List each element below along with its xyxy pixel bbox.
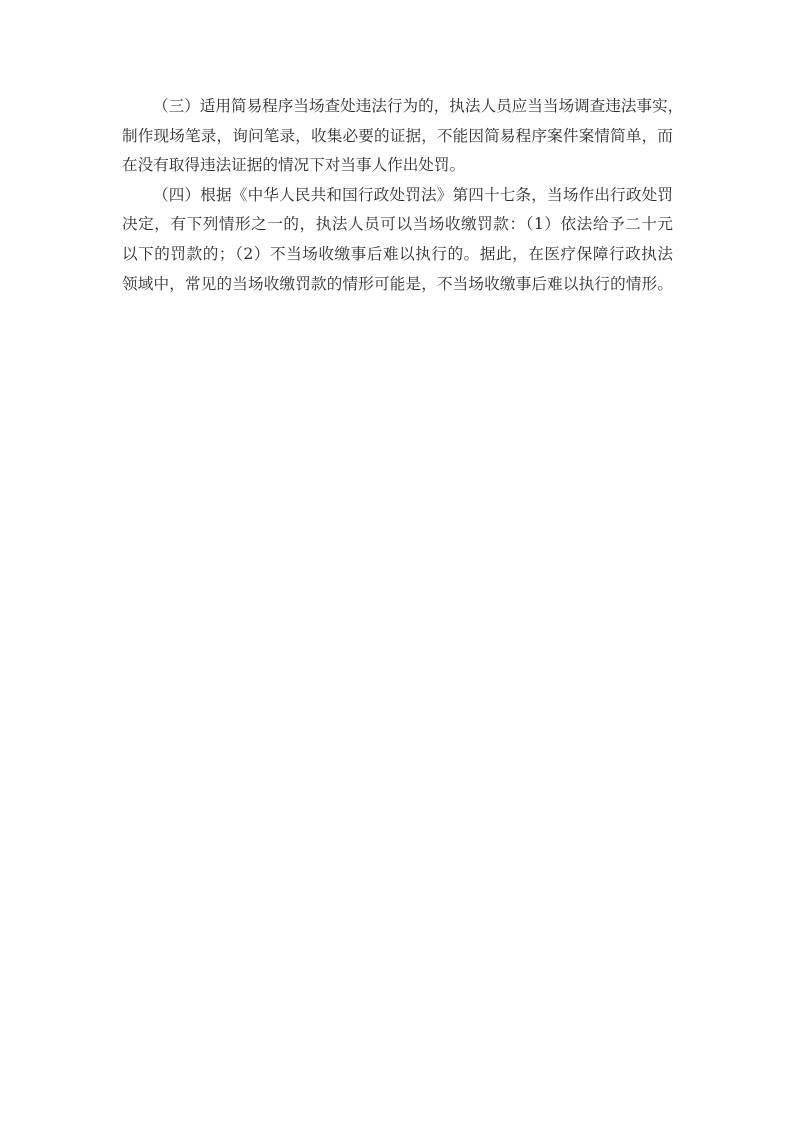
paragraph-line: 领域中，常见的当场收缴罚款的情形可能是，不当场收缴事后难以执行的情形。 — [122, 270, 673, 300]
document-body: （三）适用简易程序当场查处违法行为的，执法人员应当当场调查违法事实， 制作现场笔… — [122, 92, 673, 299]
paragraph-line: 制作现场笔录，询问笔录，收集必要的证据，不能因简易程序案件案情简单，而 — [122, 122, 673, 152]
paragraph-line: （四）根据《中华人民共和国行政处罚法》第四十七条，当场作出行政处罚 — [122, 181, 673, 211]
paragraph-line: （三）适用简易程序当场查处违法行为的，执法人员应当当场调查违法事实， — [122, 92, 673, 122]
paragraph-item-3: （三）适用简易程序当场查处违法行为的，执法人员应当当场调查违法事实， 制作现场笔… — [122, 92, 673, 181]
paragraph-line: 以下的罚款的；（2）不当场收缴事后难以执行的。据此，在医疗保障行政执法 — [122, 240, 673, 270]
paragraph-item-4: （四）根据《中华人民共和国行政处罚法》第四十七条，当场作出行政处罚 决定，有下列… — [122, 181, 673, 299]
document-page: （三）适用简易程序当场查处违法行为的，执法人员应当当场调查违法事实， 制作现场笔… — [0, 0, 793, 1122]
paragraph-line: 在没有取得违法证据的情况下对当事人作出处罚。 — [122, 151, 673, 181]
paragraph-line: 决定，有下列情形之一的，执法人员可以当场收缴罚款：（1）依法给予二十元 — [122, 210, 673, 240]
